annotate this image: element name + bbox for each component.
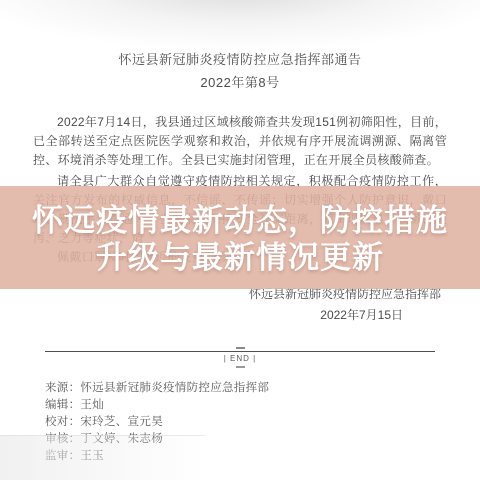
headline-line-2: 升级与最新情况更新 [0,239,480,276]
notice-title: 怀远县新冠肺炎疫情防控应急指挥部通告 [33,51,447,69]
credit-proofreader: 校对：宋玲芝、宣元昊 [45,414,447,431]
headline-text: 怀远疫情最新动态，防控措施 升级与最新情况更新 [0,202,480,276]
notice-number: 2022年第8号 [33,74,447,92]
credits-block: 来源：怀远县新冠肺炎疫情防控应急指挥部 编辑：王灿 校对：宋玲芝、宣元昊 审核：… [45,380,447,466]
notice-date: 2022年7月15日 [33,306,447,325]
credit-source: 来源：怀远县新冠肺炎疫情防控应急指挥部 [45,380,447,397]
divider-rule [45,351,435,352]
credit-editor: 编辑：王灿 [45,397,447,414]
divider-tick-top [236,347,245,349]
end-marker: | END | [33,354,447,363]
divider-tick-bottom [236,366,245,368]
notice-paragraph-1: 2022年7月14日，我县通过区域核酸筛查共发现151例初筛阳性，目前，已全部转… [33,113,447,170]
credit-supervisor: 监审：王玉 [45,448,447,465]
article-screenshot: 怀远县新冠肺炎疫情防控应急指挥部通告 2022年第8号 2022年7月14日，我… [0,0,480,480]
headline-line-1: 怀远疫情最新动态，防控措施 [0,202,480,239]
credit-reviewer: 审核：丁文婷、朱志杨 [45,431,447,448]
